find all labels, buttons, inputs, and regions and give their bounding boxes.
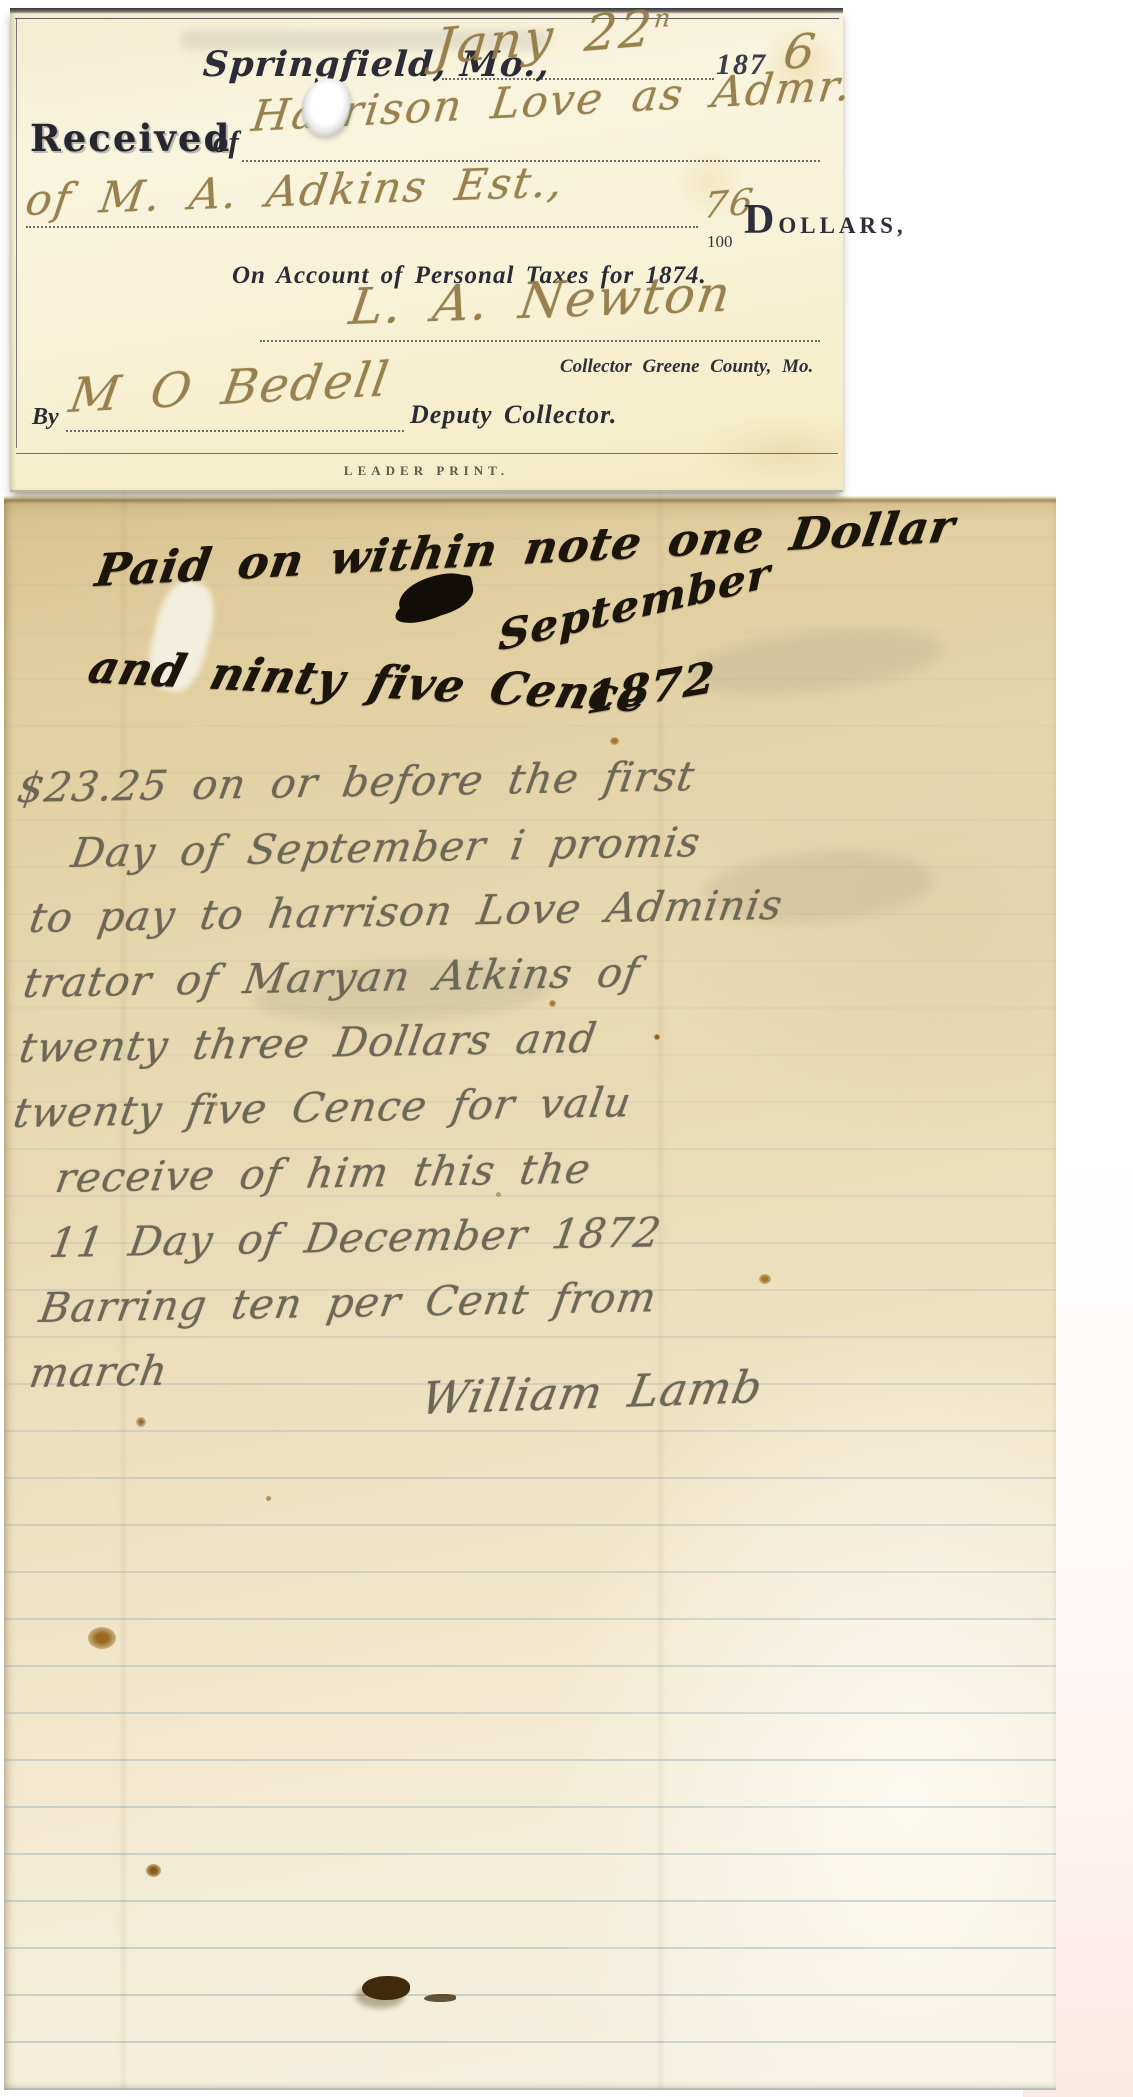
stain [88,1627,116,1649]
deputy-dotted-line [66,430,404,432]
collector-signature: L. A. Newton [346,265,736,336]
deputy-signature: M O Bedell [66,351,395,423]
stain [362,1976,410,2000]
stain [214,1102,218,1106]
printer-credit: LEADER PRINT. [10,463,843,479]
stain [549,1000,556,1007]
note-line: march [26,1347,171,1397]
scanned-documents-page: Springfield, Mo., Jany 22n 187 6 Receive… [0,0,1133,2097]
stain [654,1034,660,1040]
handwritten-estate: of M. A. Adkins Est., [22,157,567,226]
tax-receipt: Springfield, Mo., Jany 22n 187 6 Receive… [10,8,843,492]
by-label: By [32,404,59,431]
note-line: twenty three Dollars and [16,1014,600,1072]
receipt-top-edge [10,8,843,14]
stain [266,1496,271,1501]
receipt-bottom-rule [16,453,838,454]
note-line: receive of him this the [52,1145,594,1202]
signature-dotted-line [260,340,820,342]
receipt-border-top [15,18,839,19]
cents-denominator: 100 [707,232,733,252]
stain [136,1417,146,1427]
stain [610,737,619,745]
promissory-note: Paid on within note one Dollar and ninty… [4,492,1056,2090]
stain [759,1274,771,1284]
dollars-label: DOLLARS, [744,196,907,244]
received-label: Received [30,116,231,160]
stain [146,1864,161,1877]
stain [496,1192,501,1197]
estate-dotted-line [26,226,698,228]
of-label: of [213,124,239,160]
collector-title: Collector Greene County, Mo. [560,356,813,378]
receipt-border-left [16,18,17,448]
fold-crease [659,492,662,2090]
deputy-title: Deputy Collector. [410,400,617,430]
date-ordinal-superscript: n [653,3,674,33]
